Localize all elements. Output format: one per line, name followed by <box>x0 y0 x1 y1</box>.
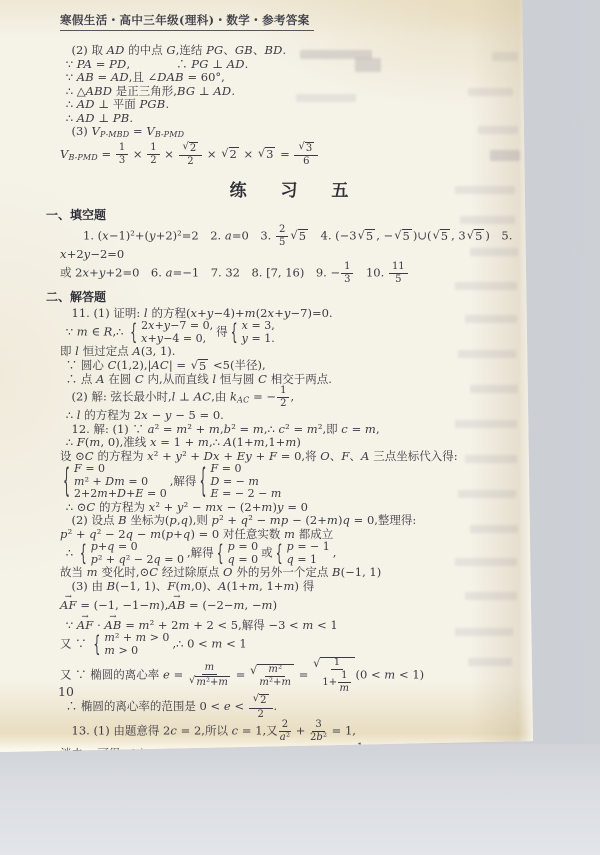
text-line: 13. (1) 由题意得 2c = 2,所以 c = 1,又2a² + 32b²… <box>60 720 518 743</box>
previous-solution-block: (2) 取 AD 的中点 G,连结 PG、GB、BD. ∵ PA = PD, ∴… <box>60 44 518 167</box>
text-line: ∵ AF · AB = m² + 2m + 2 < 5,解得 −3 < m < … <box>60 613 518 633</box>
free-response-heading: 二、解答题 <box>46 288 518 305</box>
page-number: 10 <box>58 684 74 699</box>
fill-in-heading: 一、填空题 <box>46 206 518 223</box>
scanned-page: 寒假生活・高中三年级(理科)・数学・参考答案 (2) 取 AD 的中点 G,连结… <box>0 0 540 756</box>
free-response-block: 11. (1) 证明: l 的方程(x+y−4)+m(2x+y−7)=0. ∵ … <box>60 307 518 766</box>
text-line: 即 l 恒过定点 A(3, 1). <box>60 345 518 359</box>
text-line: 又 ∵ 椭圆的离心率 e = m√m²+m = √m²m²+m = √11+1m… <box>60 657 518 694</box>
text-line: (3) 由 B(−1, 1)、F(m,0)、A(1+m, 1+m) 得 <box>60 580 518 594</box>
text-line: p² + q² − 2q − m(p+q) = 0 对任意实数 m 都成立 <box>60 528 518 542</box>
fill-in-answers-block: 1. (x−1)²+(y+2)²=2 2. a=0 3. 25√5 4. (−3… <box>60 225 518 285</box>
text-line: ∴ 点 A 在圆 C 内,从而直线 l 恒与圆 C 相交于两点. <box>60 373 518 387</box>
text-line: 又 ∵ {m² + m > 0m > 0,∴ 0 < m < 1 <box>60 632 518 657</box>
text-line: ∴ 椭圆的离心率的范围是 0 < e < √22. <box>60 694 518 720</box>
scanner-background <box>0 744 600 855</box>
text-line: (2) 设点 B 坐标为(p,q),则 p² + q² − mp − (2+m)… <box>60 514 518 528</box>
text-line: 12. 解: (1) ∵ a² = m² + m,b² = m,∴ c² = m… <box>60 423 518 437</box>
text-line: ∴ l 的方程为 2x − y − 5 = 0. <box>60 409 518 423</box>
text-line: ∴ △ABD 是正三角形,BG ⊥ AD. <box>60 85 518 99</box>
text-line: 11. (1) 证明: l 的方程(x+y−4)+m(2x+y−7)=0. <box>60 307 518 321</box>
text-line: ∵ m ∈ R,∴ {2x+y−7 = 0,x+y−4 = 0,得{x = 3,… <box>60 320 518 345</box>
text-line: ∵ 圆心 C(1,2),|AC| = √5 <5(半径), <box>60 359 518 373</box>
text-line: 或 2x+y+2=0 6. a=−1 7. 32 8. [7, 16) 9. −… <box>60 262 518 285</box>
text-line: 1. (x−1)²+(y+2)²=2 2. a=0 3. 25√5 4. (−3… <box>60 225 518 262</box>
text-line: {F = 0m² + Dm = 02+2m+D+E = 0,解得{F = 0D … <box>60 463 518 501</box>
page-header: 寒假生活・高中三年级(理科)・数学・参考答案 <box>60 12 314 31</box>
text-line: ∴ AD ⊥ 平面 PGB. <box>60 98 518 112</box>
text-line: ∵ AB = AD,且 ∠DAB = 60°, <box>60 71 518 85</box>
text-line: ∴ AD ⊥ PB. <box>60 112 518 126</box>
text-line: ∴ F(m, 0),准线 x = 1 + m,∴ A(1+m,1+m) <box>60 436 518 450</box>
text-line: 设 ⊙C 的方程为 x² + y² + Dx + Ey + F = 0,将 O、… <box>60 450 518 464</box>
text-line: 故当 m 变化时,⊙C 经过除原点 O 外的另外一个定点 B(−1, 1) <box>60 566 518 580</box>
text-line: VB-PMD = 13 × 12 × √22 × √2 × √3 = √36 <box>60 142 518 168</box>
text-line: (3) VP-MBD = VB-PMD <box>60 125 518 142</box>
text-line: ∵ PA = PD, ∴ PG ⊥ AD. <box>60 58 518 72</box>
text-line: ∴ ⊙C 的方程为 x² + y² − mx − (2+m)y = 0 <box>60 501 518 515</box>
text-line: ∴ {p+q = 0p² + q² − 2q = 0,解得{p = 0q = 0… <box>60 541 518 566</box>
text-line: AF = (−1, −1−m),AB = (−2−m, −m) <box>60 593 518 613</box>
page-content: 寒假生活・高中三年级(理科)・数学・参考答案 (2) 取 AD 的中点 G,连结… <box>60 12 518 766</box>
text-line: (2) 取 AD 的中点 G,连结 PG、GB、BD. <box>60 44 518 58</box>
exercise-title: 练 习 五 <box>74 176 518 201</box>
text-line: (2) 解: 弦长最小时,l ⊥ AC,由 kAC = −12, <box>60 386 518 409</box>
